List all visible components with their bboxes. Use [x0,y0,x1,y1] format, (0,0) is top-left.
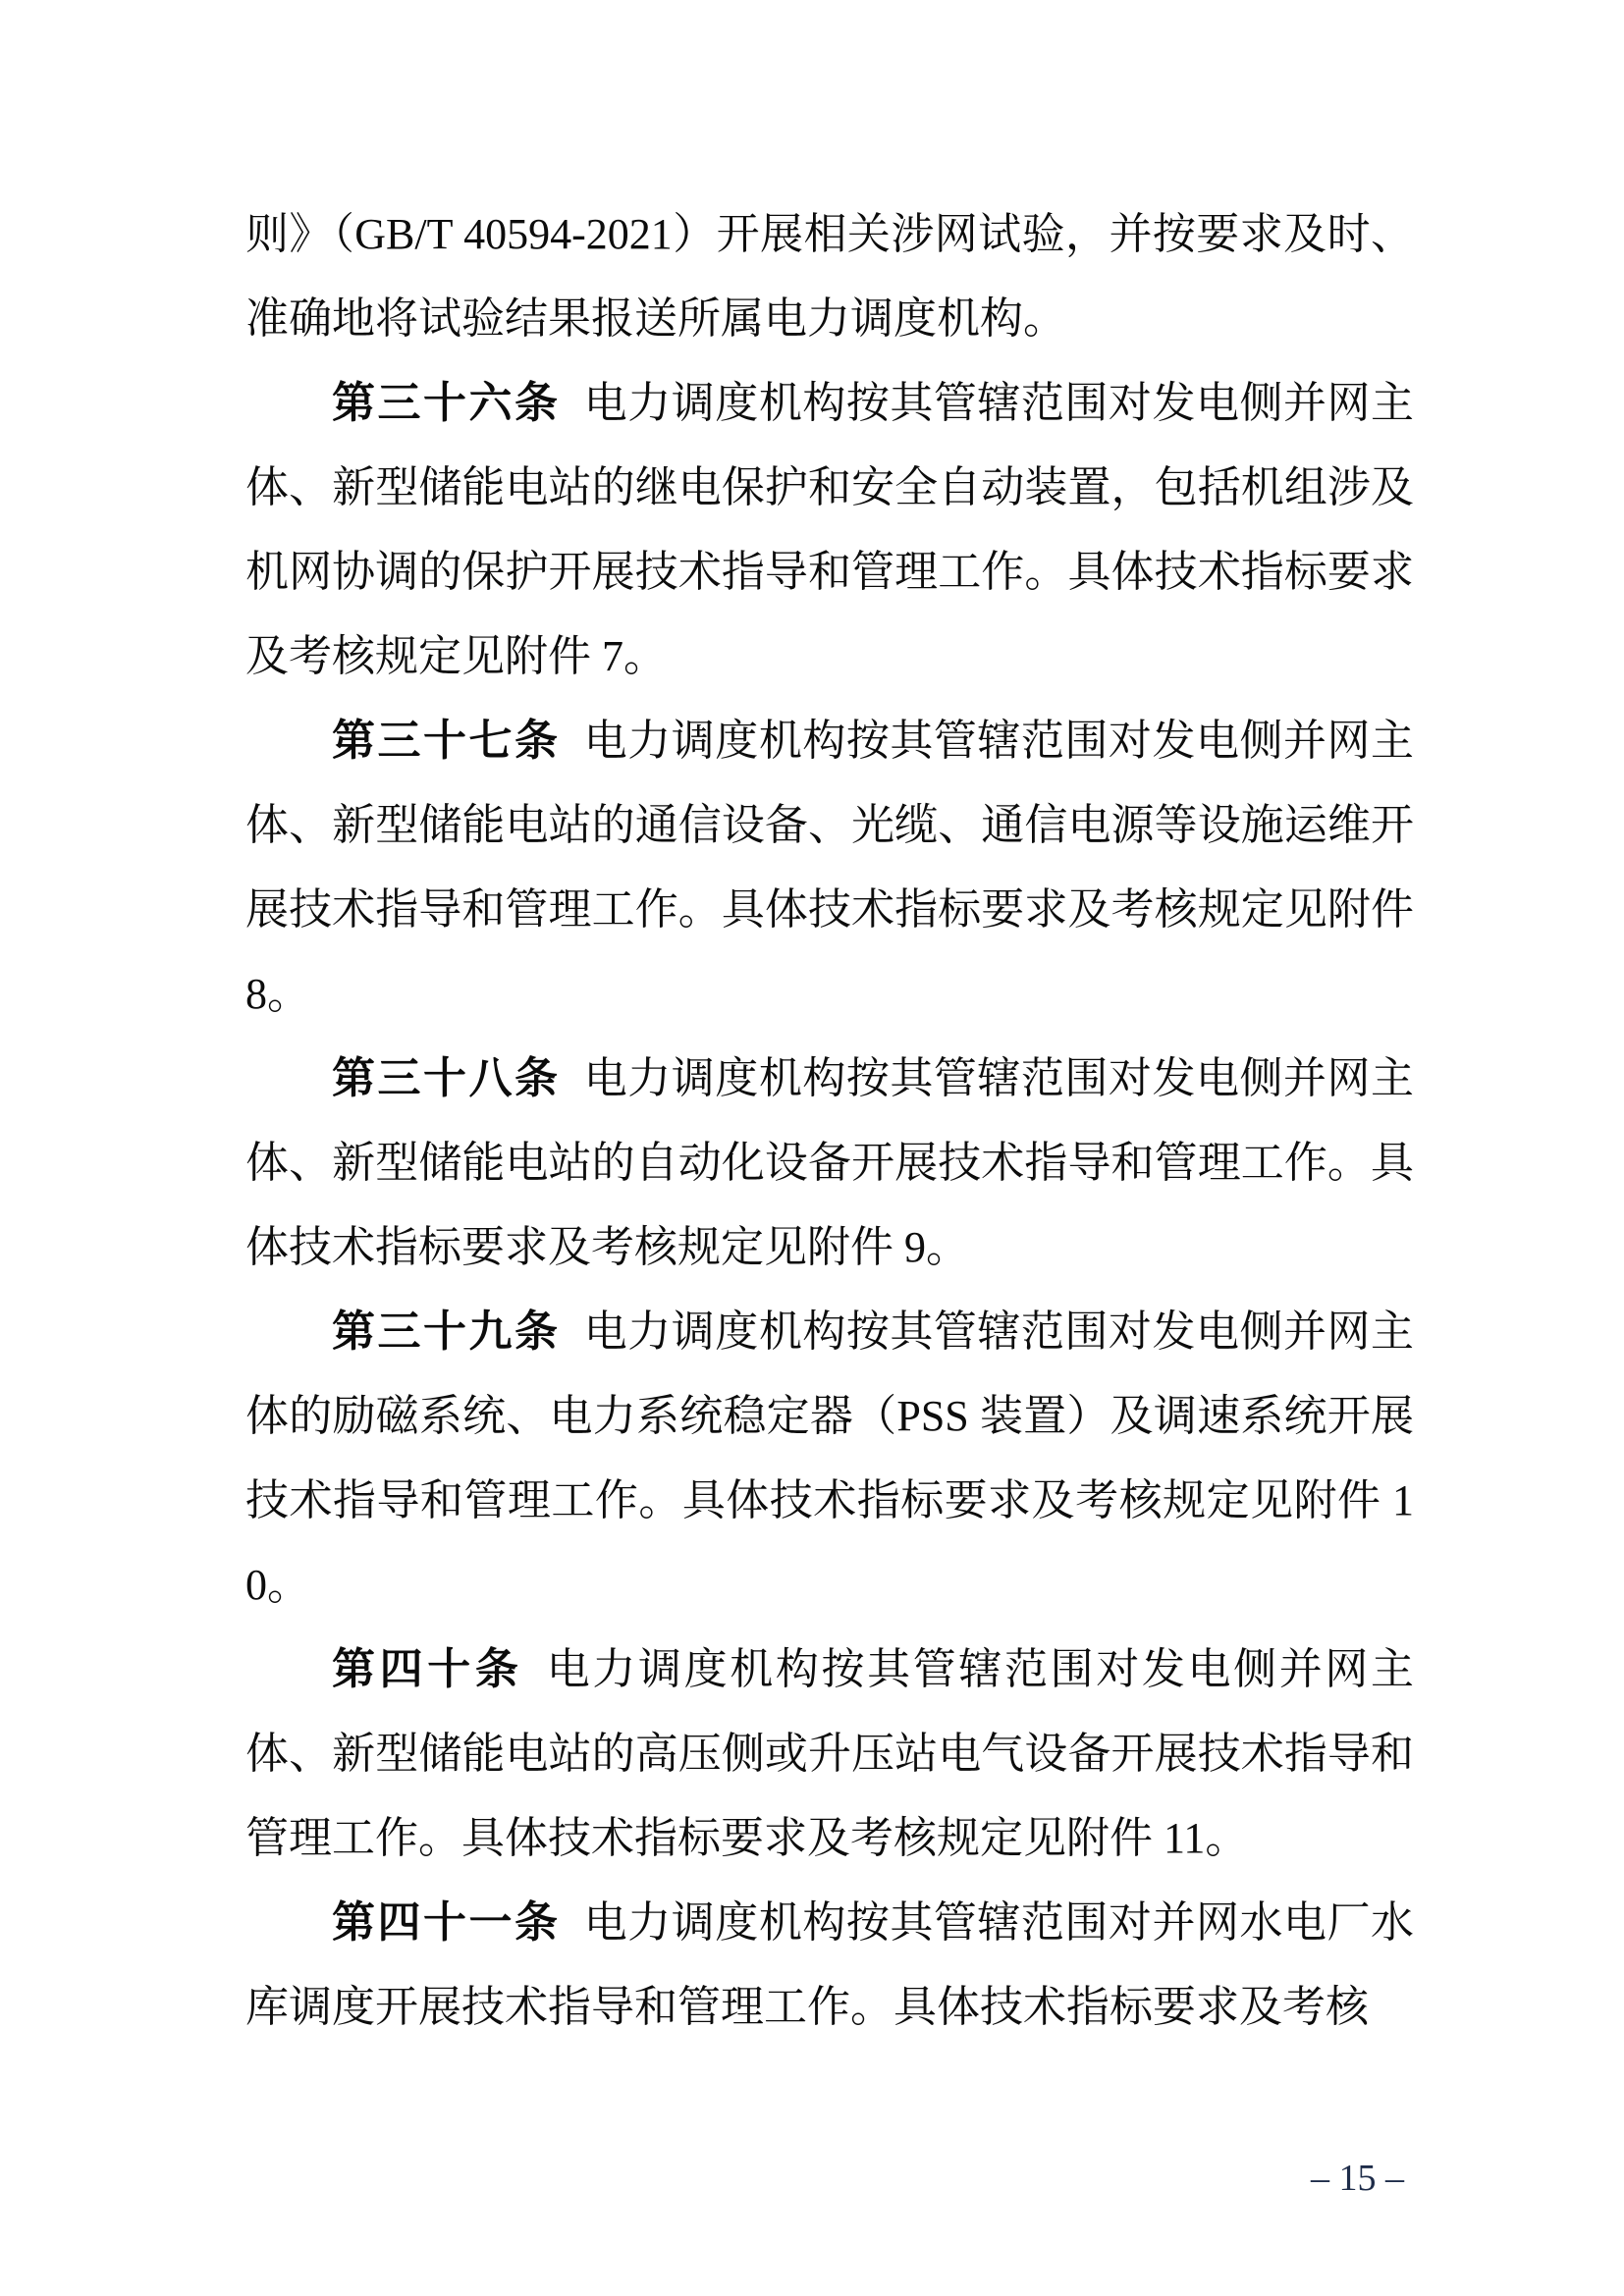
paragraph-text: 则》（GB/T 40594-2021）开展相关涉网试验，并按要求及时、准确地将试… [245,210,1414,343]
page-number: – 15 – [1311,2156,1404,2201]
paragraph-article-41: 第四十一条电力调度机构按其管辖范围对并网水电厂水库调度开展技术指导和管理工作。具… [245,1881,1414,2050]
article-number: 第四十一条 [332,1898,561,1947]
paragraph-article-40: 第四十条电力调度机构按其管辖范围对发电侧并网主体、新型储能电站的高压侧或升压站电… [245,1628,1414,1881]
paragraph-continuation: 则》（GB/T 40594-2021）开展相关涉网试验，并按要求及时、准确地将试… [245,192,1414,361]
article-number: 第三十七条 [332,717,561,765]
article-number: 第四十条 [332,1645,523,1693]
article-number: 第三十九条 [332,1308,561,1356]
paragraph-article-38: 第三十八条电力调度机构按其管辖范围对发电侧并网主体、新型储能电站的自动化设备开展… [245,1037,1414,1290]
document-page: 则》（GB/T 40594-2021）开展相关涉网试验，并按要求及时、准确地将试… [0,0,1624,2296]
paragraph-article-36: 第三十六条电力调度机构按其管辖范围对发电侧并网主体、新型储能电站的继电保护和安全… [245,361,1414,699]
paragraph-article-37: 第三十七条电力调度机构按其管辖范围对发电侧并网主体、新型储能电站的通信设备、光缆… [245,699,1414,1037]
article-number: 第三十八条 [332,1054,561,1102]
document-body: 则》（GB/T 40594-2021）开展相关涉网试验，并按要求及时、准确地将试… [245,192,1414,2050]
article-number: 第三十六条 [332,379,561,427]
paragraph-article-39: 第三十九条电力调度机构按其管辖范围对发电侧并网主体的励磁系统、电力系统稳定器（P… [245,1290,1414,1628]
